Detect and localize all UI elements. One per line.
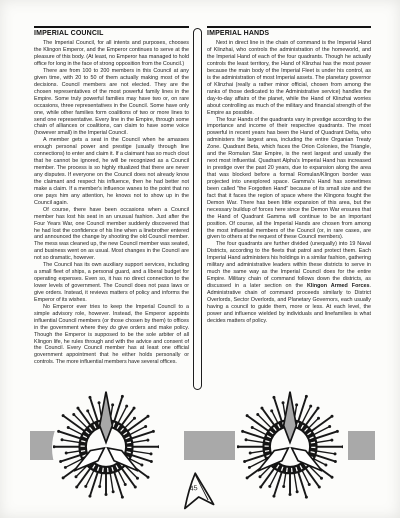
text-run: Next in direct line in the chain of comm… <box>207 40 371 115</box>
paragraph: The Council has its own auxiliary suppor… <box>34 262 189 304</box>
text-run: The four Hands of the quadrants vary in … <box>207 117 371 241</box>
klingon-trefoil-starburst-icon <box>53 383 159 502</box>
left-column: IMPERIAL COUNCIL The Imperial Council, f… <box>34 26 189 366</box>
text-run: give orders and make policy. Though the … <box>34 325 189 366</box>
paragraph: A member gets a seat in the Council when… <box>34 137 189 206</box>
scanned-book-page: IMPERIAL COUNCIL The Imperial Council, f… <box>0 0 400 518</box>
paragraph: The four quadrants are further divided (… <box>207 241 371 324</box>
paragraph: Next in direct line in the chain of comm… <box>207 40 371 116</box>
column-divider <box>193 28 202 390</box>
right-column-body: Next in direct line in the chain of comm… <box>207 40 371 324</box>
gray-band-segment <box>184 431 235 460</box>
text-run: The Imperial Council, for all intents an… <box>34 40 189 67</box>
section-heading-imperial-council: IMPERIAL COUNCIL <box>34 30 189 38</box>
heading-rule <box>34 26 189 28</box>
left-column-body: The Imperial Council, for all intents an… <box>34 40 189 366</box>
text-run: There are from 100 to 200 members in thi… <box>34 68 189 136</box>
page-number: 45 <box>190 485 199 493</box>
gray-band-segment <box>348 431 375 460</box>
delta-arrow-page-badge-icon: 45 <box>178 469 218 511</box>
paragraph: Of course, there have been occasions whe… <box>34 207 189 263</box>
klingon-trefoil-starburst-icon <box>237 383 343 502</box>
section-heading-imperial-hands: IMPERIAL HANDS <box>207 30 371 38</box>
text-run: . Administrative chain of command procee… <box>207 283 371 324</box>
right-column: IMPERIAL HANDS Next in direct line in th… <box>207 26 371 325</box>
paragraph: The four Hands of the quadrants vary in … <box>207 117 371 242</box>
paragraph: No Emperor ever tries to keep the Imperi… <box>34 304 189 366</box>
text-run: Of course, there have been occasions whe… <box>34 207 189 262</box>
paragraph: The Imperial Council, for all intents an… <box>34 40 189 68</box>
heading-rule <box>207 26 371 28</box>
text-run: Klingon Armed Forces <box>307 283 370 289</box>
text-run: The Council has its own auxiliary suppor… <box>34 262 189 303</box>
text-run: The four quadrants are further divided (… <box>207 241 371 289</box>
text-run: A member gets a seat in the Council when… <box>34 137 189 205</box>
paragraph: There are from 100 to 200 members in thi… <box>34 68 189 137</box>
